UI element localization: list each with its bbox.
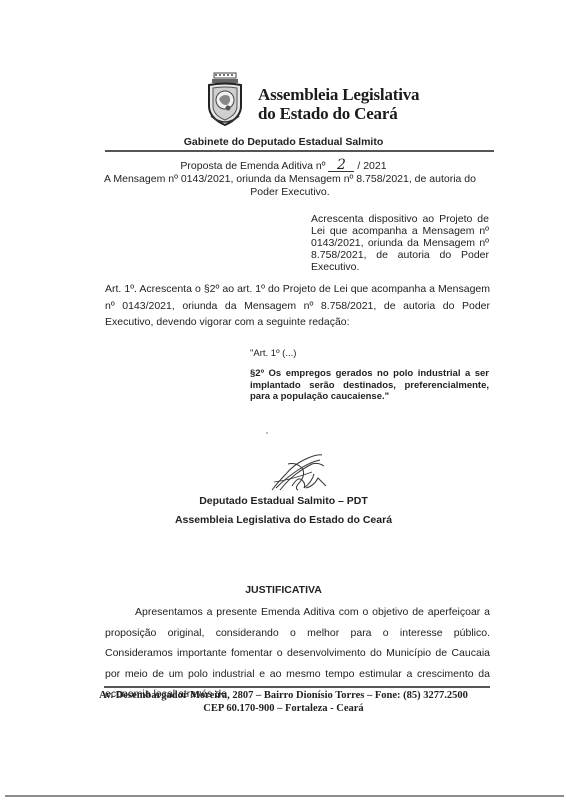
proposal-number-handwritten: 2 [328,160,354,172]
footer-postal-code: CEP 60.170-900 – Fortaleza - Ceará [0,703,567,714]
article-1-text: Art. 1º. Acrescenta o §2º ao art. 1º do … [105,281,490,331]
proposal-prefix: Proposta de Emenda Aditiva nº [180,160,325,172]
scan-speck [266,432,268,434]
header-divider [105,150,494,152]
quoted-article-intro: "Art. 1º (...) [250,348,296,359]
coat-of-arms-icon [205,72,245,128]
organization-name: Assembleia Legislativa do Estado do Cear… [258,85,419,123]
summary-ementa: Acrescenta dispositivo ao Projeto de Lei… [311,213,489,273]
proposal-year: / 2021 [357,160,386,172]
signature-icon [268,452,328,494]
organization-name-line-1: Assembleia Legislativa [258,85,419,104]
justification-title: JUSTIFICATIVA [0,584,567,596]
signer-organization: Assembleia Legislativa do Estado do Cear… [0,514,567,526]
organization-name-line-2: do Estado do Ceará [258,104,419,123]
proposal-title: Proposta de Emenda Aditiva nº 2 / 2021 [0,160,567,173]
message-reference: A Mensagem nº 0143/2021, oriunda da Mens… [90,173,490,199]
footer-divider [104,686,490,688]
signer-name: Deputado Estadual Salmito – PDT [0,495,567,507]
quoted-paragraph-2: §2º Os empregos gerados no polo industri… [250,368,489,403]
cabinet-heading: Gabinete do Deputado Estadual Salmito [0,136,567,148]
page-bottom-edge [5,795,564,797]
footer-address: Av. Desembargador Moreira, 2807 – Bairro… [0,690,567,701]
